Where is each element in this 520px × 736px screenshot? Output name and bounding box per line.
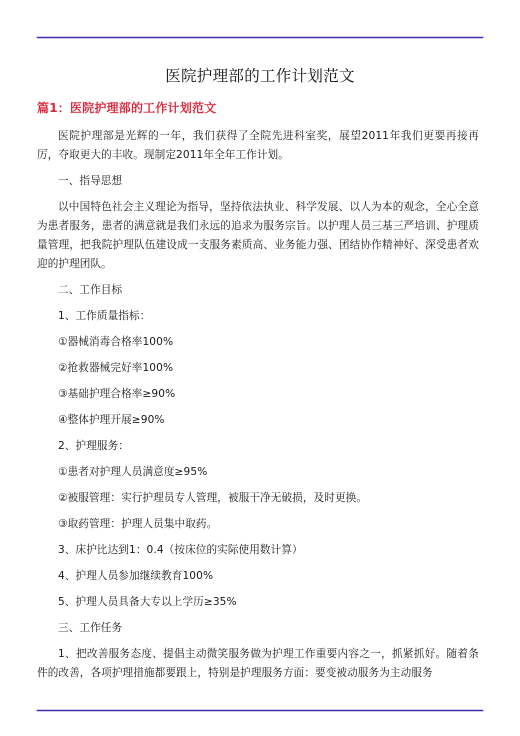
- top-divider-line: [37, 37, 483, 38]
- section-subheading: 篇1：医院护理部的工作计划范文: [37, 99, 216, 116]
- bottom-divider-line: [37, 710, 483, 711]
- goal-quality-indicators: 1、工作质量指标：: [37, 307, 479, 326]
- section-heading-work-goals: 二、工作目标: [37, 281, 479, 300]
- section-heading-work-tasks: 三、工作任务: [37, 619, 479, 638]
- list-item: ④整体护理开展≥90%: [37, 411, 479, 430]
- list-item: ③基础护理合格率≥90%: [37, 385, 479, 404]
- intro-paragraph: 医院护理部是光辉的一年，我们获得了全院先进科室奖，展望2011年我们更要再接再厉…: [37, 127, 479, 165]
- list-item: ③取药管理：护理人员集中取药。: [37, 515, 479, 534]
- list-item: ②抢救器械完好率100%: [37, 359, 479, 378]
- goal-bed-nurse-ratio: 3、床护比达到1：0.4（按床位的实际使用数计算）: [37, 541, 479, 560]
- goal-continuing-education: 4、护理人员参加继续教育100%: [37, 567, 479, 586]
- section-heading-guiding-principle: 一、指导思想: [37, 172, 479, 191]
- document-body: 医院护理部是光辉的一年，我们获得了全院先进科室奖，展望2011年我们更要再接再厉…: [37, 127, 479, 690]
- goal-education-level: 5、护理人员具备大专以上学历≥35%: [37, 593, 479, 612]
- list-item: ①患者对护理人员满意度≥95%: [37, 463, 479, 482]
- list-item: ②被服管理：实行护理员专人管理，被服干净无破损，及时更换。: [37, 489, 479, 508]
- guiding-principle-paragraph: 以中国特色社会主义理论为指导，坚持依法执业、科学发展、以人为本的观念，全心全意为…: [37, 198, 479, 274]
- list-item: ①器械消毒合格率100%: [37, 333, 479, 352]
- goal-nursing-service: 2、护理服务：: [37, 437, 479, 456]
- task-paragraph: 1、把改善服务态度、提倡主动微笑服务做为护理工作重要内容之一，抓紧抓好。随着条件…: [37, 645, 479, 683]
- document-title: 医院护理部的工作计划范文: [0, 64, 520, 86]
